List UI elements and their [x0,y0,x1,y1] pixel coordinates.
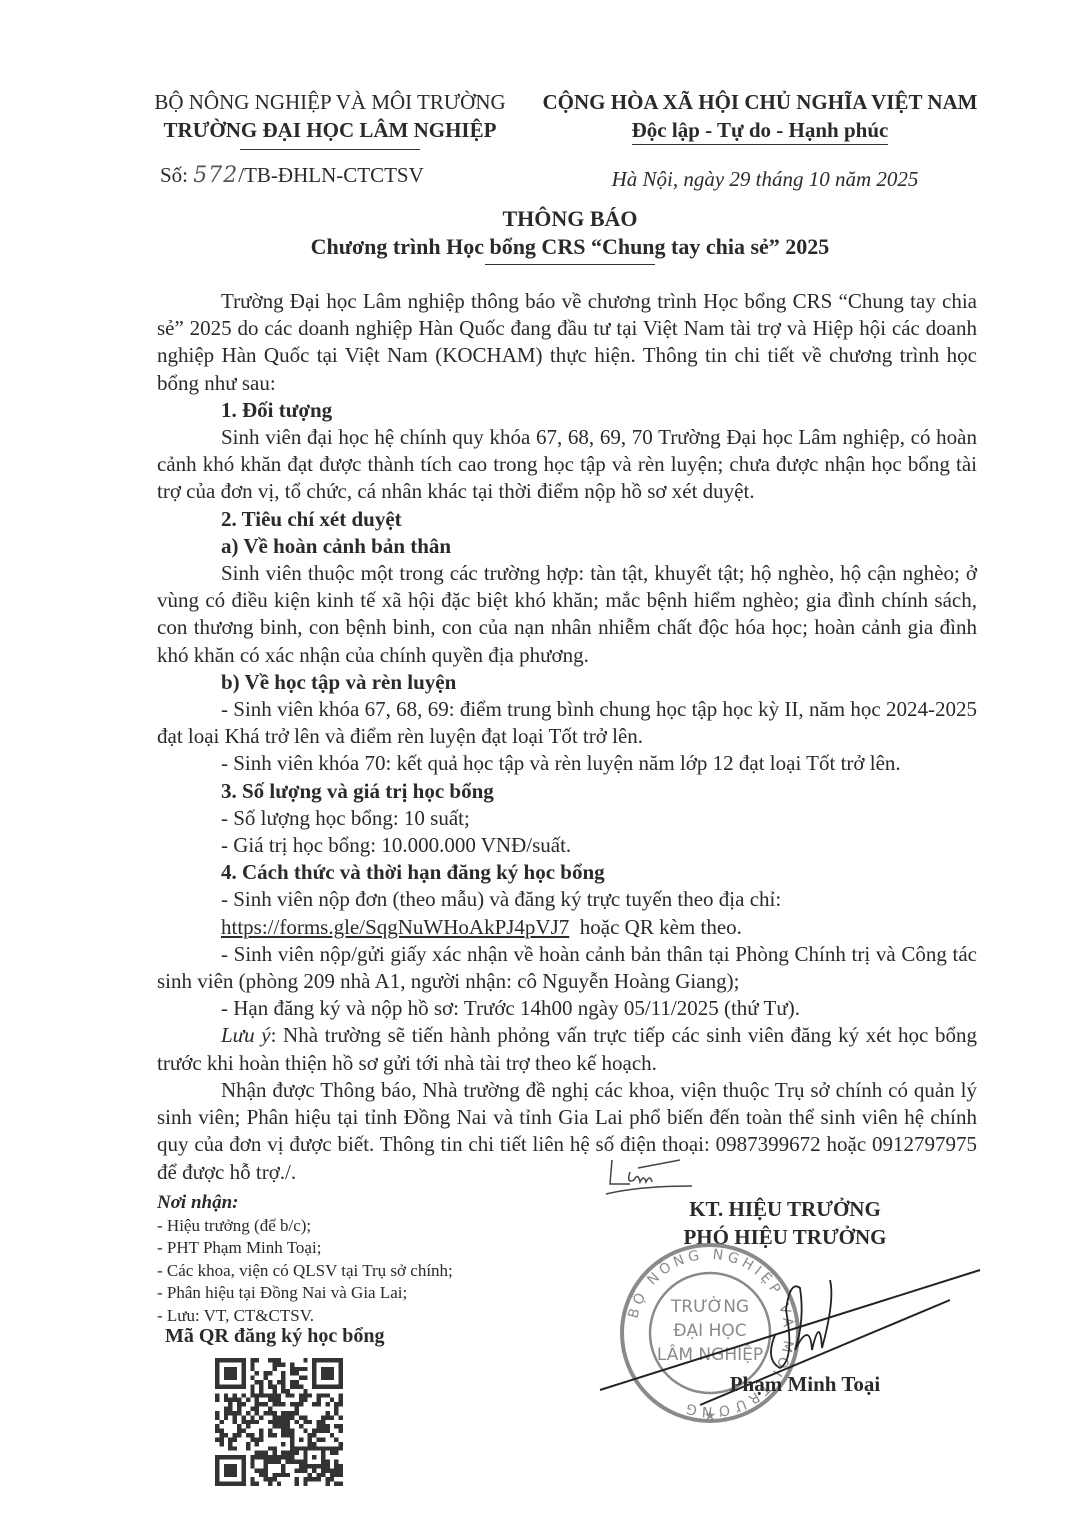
document-number: Số: 572/TB-ĐHLN-CTCTSV [160,163,424,188]
signature-line-1: KT. HIỆU TRƯỞNG [620,1195,950,1223]
section-2b-item: - Sinh viên khóa 67, 68, 69: điểm trung … [157,696,977,750]
recipient-item: - Các khoa, viện có QLSV tại Trụ sở chín… [157,1260,557,1283]
section-4-item: - Sinh viên nộp đơn (theo mẫu) và đăng k… [157,886,977,913]
recipient-item: - Lưu: VT, CT&CTSV. [157,1305,557,1328]
document-title: THÔNG BÁO Chương trình Học bổng CRS “Chu… [150,205,990,265]
title-subtitle: Chương trình Học bổng CRS “Chung tay chi… [150,233,990,261]
section-3-heading: 3. Số lượng và giá trị học bổng [157,778,977,805]
school-name: TRƯỜNG ĐẠI HỌC LÂM NGHIỆP [130,116,530,144]
recipients-block: Nơi nhận: - Hiệu trưởng (để b/c); - PHT … [157,1192,557,1327]
place-date: Hà Nội, ngày 29 tháng 10 năm 2025 [530,167,1000,192]
section-1-heading: 1. Đối tượng [157,397,977,424]
ministry-name: BỘ NÔNG NGHIỆP VÀ MÔI TRƯỜNG [130,88,530,116]
registration-form-link[interactable]: https://forms.gle/SqgNuWHoAkPJ4pVJ7 [221,915,569,939]
section-2b-item: - Sinh viên khóa 70: kết quả học tập và … [157,750,977,777]
section-2a-text: Sinh viên thuộc một trong các trường hợp… [157,560,977,669]
section-4-item: - Hạn đăng ký và nộp hồ sơ: Trước 14h00 … [157,995,977,1022]
qr-code-icon[interactable] [215,1358,343,1486]
doc-no-suffix: /TB-ĐHLN-CTCTSV [238,163,424,187]
divider [240,149,420,150]
recipient-item: - Phân hiệu tại Đồng Nai và Gia Lai; [157,1282,557,1305]
document-body: Trường Đại học Lâm nghiệp thông báo về c… [157,288,977,1186]
national-motto: Độc lập - Tự do - Hạnh phúc [632,118,889,145]
recipients-label: Nơi nhận: [157,1192,557,1215]
signer-name: Phạm Minh Toại [640,1372,970,1397]
section-4-item: - Sinh viên nộp/gửi giấy xác nhận về hoà… [157,941,977,995]
section-4-heading: 4. Cách thức và thời hạn đăng ký học bổn… [157,859,977,886]
recipient-item: - PHT Phạm Minh Toại; [157,1237,557,1260]
doc-no-handwritten: 572 [193,163,238,188]
note-paragraph: Lưu ý: Nhà trường sẽ tiến hành phỏng vấn… [157,1022,977,1076]
section-2b-heading: b) Về học tập và rèn luyện [157,669,977,696]
section-3-item: - Số lượng học bổng: 10 suất; [157,805,977,832]
issuing-authority: BỘ NÔNG NGHIỆP VÀ MÔI TRƯỜNG TRƯỜNG ĐẠI … [130,88,530,150]
section-2a-heading: a) Về hoàn cảnh bản thân [157,533,977,560]
national-heading: CỘNG HÒA XÃ HỘI CHỦ NGHĨA VIỆT NAM Độc l… [530,88,990,144]
doc-no-prefix: Số: [160,163,193,187]
note-text: : Nhà trường sẽ tiến hành phỏng vấn trực… [157,1023,977,1074]
title-main: THÔNG BÁO [150,205,990,233]
note-label: Lưu ý [221,1023,271,1047]
svg-text:★: ★ [704,1409,717,1424]
recipient-item: - Hiệu trưởng (để b/c); [157,1215,557,1238]
initials-signature-icon [600,1150,700,1200]
section-1-text: Sinh viên đại học hệ chính quy khóa 67, … [157,424,977,506]
intro-paragraph: Trường Đại học Lâm nghiệp thông báo về c… [157,288,977,397]
section-3-item: - Giá trị học bổng: 10.000.000 VNĐ/suất. [157,832,977,859]
divider [485,264,655,265]
nation-name: CỘNG HÒA XÃ HỘI CHỦ NGHĨA VIỆT NAM [530,88,990,116]
section-2-heading: 2. Tiêu chí xét duyệt [157,506,977,533]
registration-link-line: https://forms.gle/SqgNuWHoAkPJ4pVJ7 hoặc… [157,914,977,941]
link-after-text: hoặc QR kèm theo. [569,915,742,939]
qr-label: Mã QR đăng ký học bổng [165,1325,385,1348]
closing-paragraph: Nhận được Thông báo, Nhà trường đề nghị … [157,1077,977,1186]
